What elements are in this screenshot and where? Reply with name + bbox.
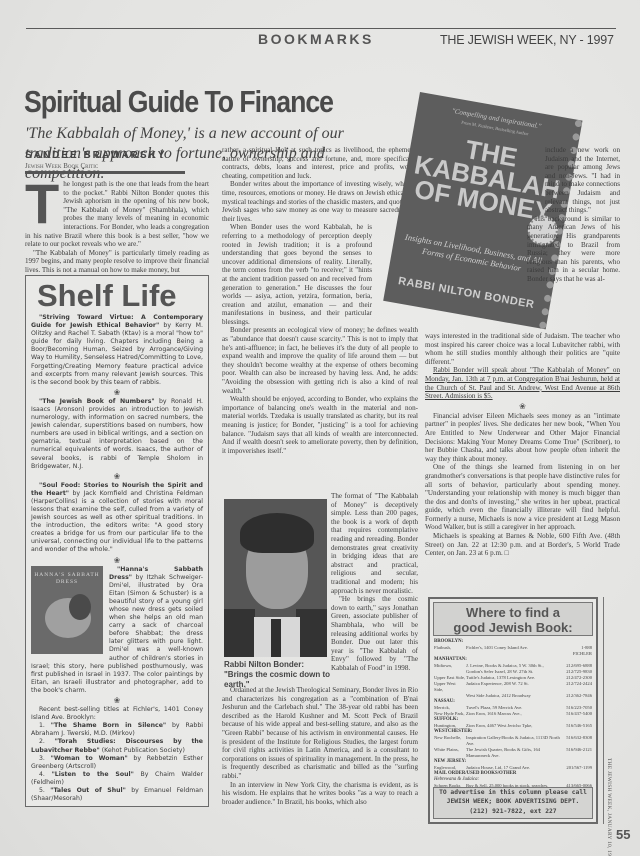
article-paragraph: Bonder presents an ecological view of mo… bbox=[222, 326, 418, 395]
side-rule bbox=[603, 597, 604, 824]
store-row: New Rochelle,Inspiration Gallery/Books &… bbox=[430, 735, 596, 747]
store-row: Flatbush,Fichler's, 1401 Coney Island Av… bbox=[430, 645, 596, 657]
article-paragraph: His background is similar to many Americ… bbox=[527, 215, 620, 284]
article-paragraph: Wealth should be enjoyed, according to B… bbox=[222, 395, 418, 455]
article-paragraph: Financial adviser Eileen Michaels sees m… bbox=[425, 412, 620, 464]
advertising-notice: TO advertise in this column please call … bbox=[433, 787, 593, 819]
top-rule bbox=[26, 28, 616, 29]
bestseller-item: 5. "Tales Out of Shul" by Emanuel Feldma… bbox=[31, 787, 203, 803]
article-paragraph: The format of "The Kabbalah of Money" is… bbox=[331, 492, 418, 595]
bestseller-intro: Recent best-selling titles at Fichler's,… bbox=[31, 706, 203, 722]
shelf-life-title: Shelf Life bbox=[37, 280, 203, 312]
ornament-icon: ❀ bbox=[31, 695, 203, 706]
where-to-find-box: Where to find a good Jewish Book: BROOKL… bbox=[428, 597, 598, 824]
shelf-item: "The Jewish Book of Numbers" by Ronald H… bbox=[31, 398, 203, 471]
byline-title: Jewish Week Book Critic bbox=[25, 162, 98, 170]
article-paragraph: Michaels is speaking at Barnes & Noble, … bbox=[425, 532, 620, 558]
article-paragraph: In an interview in New York City, the ch… bbox=[222, 781, 418, 807]
article-column-2-narrow: The format of "The Kabbalah of Money" is… bbox=[331, 492, 418, 672]
article-paragraph: ways interested in the traditional side … bbox=[425, 332, 620, 366]
article-paragraph: Bonder writes about the importance of in… bbox=[222, 180, 418, 223]
shelf-life-box: Shelf Life "Striving Toward Virtue: A Co… bbox=[25, 275, 209, 807]
drop-cap: T bbox=[25, 182, 59, 226]
article-column-3: ways interested in the traditional side … bbox=[425, 332, 620, 558]
event-announcement: Rabbi Bonder will speak about "The Kabba… bbox=[425, 366, 620, 400]
author-photo bbox=[224, 499, 327, 657]
where-to-find-title: Where to find a good Jewish Book: bbox=[433, 602, 593, 636]
article-paragraph: include a new work on Judaism and the In… bbox=[545, 146, 620, 215]
ornament-icon: ❀ bbox=[31, 555, 203, 566]
bestseller-item: 3. "Woman to Woman" by Rebbetzin Esther … bbox=[31, 755, 203, 771]
ornament-icon: ❀ bbox=[425, 401, 620, 412]
article-column-2-bottom: Ordained at the Jewish Theological Semin… bbox=[222, 686, 418, 806]
newspaper-page: BOOKMARKS THE JEWISH WEEK, NY - 1997 Spi… bbox=[0, 0, 640, 856]
store-row: White Plains,The Jewish Quarter, Books &… bbox=[430, 747, 596, 759]
bestseller-item: 2. "Torah Studies: Discourses by the Lub… bbox=[31, 738, 203, 754]
page-number: 55 bbox=[616, 827, 630, 842]
section-label: BOOKMARKS bbox=[258, 31, 374, 47]
shelf-item: "Striving Toward Virtue: A Contemporary … bbox=[31, 314, 203, 387]
hanna-book-cover-image: HANNA'S SABBATH DRESS bbox=[31, 566, 103, 654]
bestseller-item: 4. "Listen to the Soul" By Chaim Walder … bbox=[31, 771, 203, 787]
ornament-icon: ❀ bbox=[31, 471, 203, 482]
ornament-icon: ❀ bbox=[31, 387, 203, 398]
article-paragraph: Ordained at the Jewish Theological Semin… bbox=[222, 686, 418, 781]
side-folio: THE JEWISH WEEK, JANUARY 10, 1997 bbox=[606, 758, 612, 856]
store-row: Upper West Side,Judaica Experience, 208 … bbox=[430, 681, 596, 693]
article-paragraph: One of the things she learned from liste… bbox=[425, 463, 620, 532]
article-column-3-narrow: include a new work on Judaism and the In… bbox=[545, 146, 620, 284]
article-paragraph: rather, a spiritual look at such topics … bbox=[222, 146, 418, 180]
article-column-1: The longest path is the one that leads f… bbox=[25, 180, 209, 275]
byline: SANDEE BRAWARSKY bbox=[25, 150, 166, 161]
bestseller-item: 1. "The Shame Born in Silence" by Rabbi … bbox=[31, 722, 203, 738]
headline: Spiritual Guide To Finance bbox=[24, 84, 333, 120]
article-paragraph: "He brings the cosmic down to earth," sa… bbox=[331, 595, 418, 672]
article-paragraph: "The Kabbalah of Money" is particularly … bbox=[25, 249, 209, 275]
article-paragraph: The longest path is the one that leads f… bbox=[25, 180, 209, 249]
publication-line: THE JEWISH WEEK, NY - 1997 bbox=[440, 33, 614, 47]
shelf-item: "Soul Food: Stories to Nourish the Spiri… bbox=[31, 482, 203, 555]
article-paragraph: When Bonder uses the word Kabbalah, he i… bbox=[222, 223, 372, 326]
